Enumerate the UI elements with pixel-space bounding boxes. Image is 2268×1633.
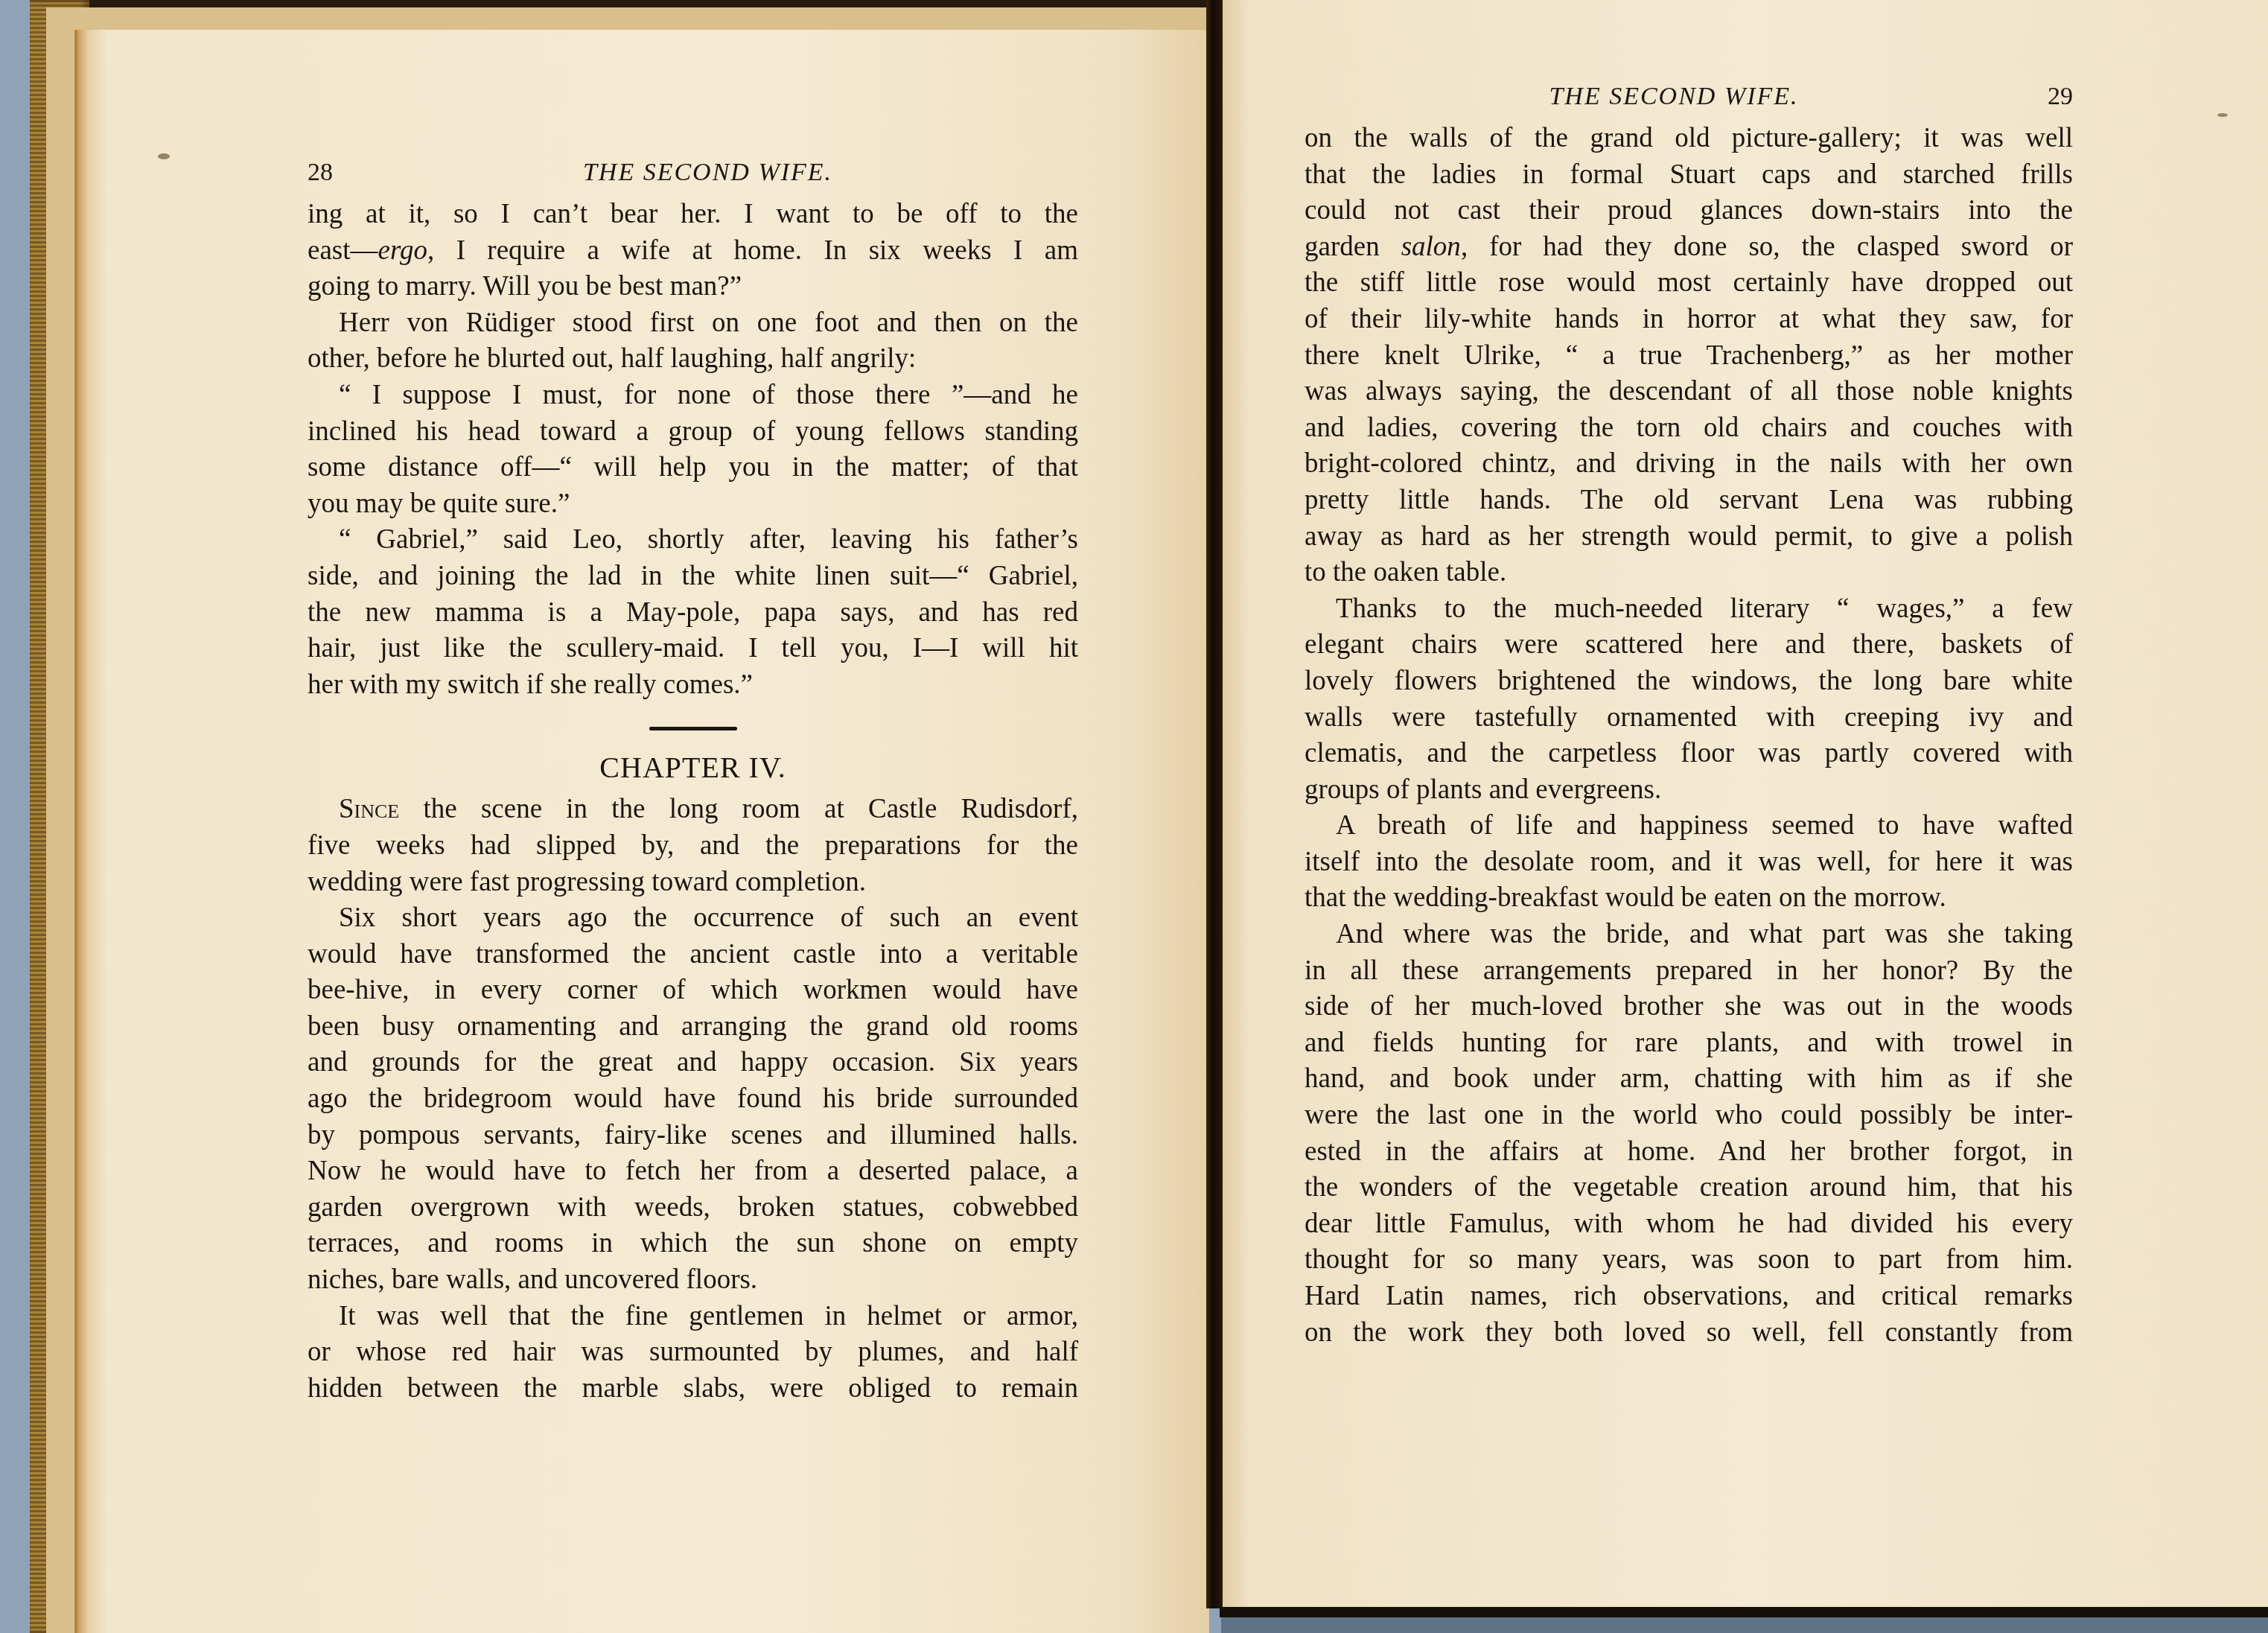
right-running-head: THE SECOND WIFE. 29: [1305, 79, 2073, 121]
text-line: Six short years ago the occurrence of su…: [308, 900, 1078, 937]
text-line: dear little Famulus, with whom he had di…: [1305, 1206, 2073, 1243]
text-line: on the walls of the grand old picture-ga…: [1305, 121, 2073, 157]
text-line: “ Gabriel,” said Leo, shortly after, lea…: [308, 522, 1078, 558]
section-rule: [649, 727, 737, 730]
text-line: bee-hive, in every corner of which workm…: [308, 973, 1078, 1009]
text-line: her with my switch if she really comes.”: [308, 667, 1078, 704]
italic-word: salon: [1401, 232, 1461, 262]
text-line: thought for so many years, was soon to p…: [1305, 1242, 2073, 1279]
chapter-opening-word: Since: [339, 794, 423, 824]
text-line: Now he would have to fetch her from a de…: [308, 1153, 1078, 1190]
text-line: on the work they both loved so well, fel…: [1305, 1315, 2073, 1352]
text-line: the new mamma is a May-pole, papa says, …: [308, 595, 1078, 631]
italic-word: ergo: [378, 235, 427, 266]
text-line: Thanks to the much-needed literary “ wag…: [1305, 591, 2073, 628]
bottom-shadow: [1220, 1607, 2268, 1617]
text-line: ago the bridegroom would have found his …: [308, 1081, 1078, 1118]
text-line: the stiff little rose would most certain…: [1305, 265, 2073, 302]
left-body-before-chapter: ing at it, so I can’t bear her. I want t…: [308, 197, 1078, 703]
text-line: the wonders of the vegetable creation ar…: [1305, 1170, 2073, 1206]
text-line: hand, and book under arm, chatting with …: [1305, 1061, 2073, 1098]
text-line: that the ladies in formal Stuart caps an…: [1305, 157, 2073, 194]
text-line: inclined his head toward a group of youn…: [308, 414, 1078, 451]
right-body: on the walls of the grand old picture-ga…: [1305, 121, 2073, 1351]
text-line: lovely flowers brightened the windows, t…: [1305, 663, 2073, 700]
text-line: ested in the affairs at home. And her br…: [1305, 1134, 2073, 1171]
right-page-text: THE SECOND WIFE. 29 on the walls of the …: [1305, 119, 2073, 1351]
running-head-title: THE SECOND WIFE.: [308, 155, 1078, 191]
text-line: A breath of life and happiness seemed to…: [1305, 808, 2073, 844]
text-line: you may be quite sure.”: [308, 486, 1078, 523]
text-line: pretty little hands. The old servant Len…: [1305, 483, 2073, 519]
page-number: 29: [2048, 79, 2073, 115]
stain-speck: [158, 153, 170, 159]
text-line: that the wedding-breakfast would be eate…: [1305, 880, 2073, 917]
text-line: hair, just like the scullery-maid. I tel…: [308, 631, 1078, 667]
text-line: clematis, and the carpetless floor was p…: [1305, 736, 2073, 772]
text-line: some distance off—“ will help you in the…: [308, 450, 1078, 486]
text-line: garden salon, for had they done so, the …: [1305, 229, 2073, 266]
text-line: and fields hunting for rare plants, and …: [1305, 1025, 2073, 1062]
text-line: east—ergo, I require a wife at home. In …: [308, 233, 1078, 270]
left-page-text: 28 THE SECOND WIFE. ing at it, so I can’…: [308, 155, 1078, 1407]
text-line: could not cast their proud glances down-…: [1305, 193, 2073, 229]
text-line: and ladies, covering the torn old chairs…: [1305, 410, 2073, 447]
running-head-title: THE SECOND WIFE.: [1305, 79, 2073, 115]
left-body-after-chapter: Since the scene in the long room at Cast…: [308, 792, 1078, 1407]
gutter: [1206, 0, 1223, 1608]
text-line: other, before he blurted out, half laugh…: [308, 341, 1078, 378]
text-line: there knelt Ulrike, “ a true Trachenberg…: [1305, 338, 2073, 375]
text-line: in all these arrangements prepared in he…: [1305, 953, 2073, 990]
text-line: itself into the desolate room, and it wa…: [1305, 844, 2073, 881]
text-line: side of her much-loved brother she was o…: [1305, 989, 2073, 1025]
text-line: to the oaken table.: [1305, 555, 2073, 591]
text-line: Herr von Rüdiger stood first on one foot…: [308, 305, 1078, 342]
text-line: and grounds for the great and happy occa…: [308, 1045, 1078, 1081]
text-line: It was well that the fine gentlemen in h…: [308, 1299, 1078, 1335]
book-scan: 28 THE SECOND WIFE. ing at it, so I can’…: [0, 0, 2268, 1633]
stain-speck: [2217, 113, 2228, 117]
text-line: garden overgrown with weeds, broken stat…: [308, 1190, 1078, 1226]
text-line: or whose red hair was surmounted by plum…: [308, 1334, 1078, 1371]
text-line: five weeks had slipped by, and the prepa…: [308, 828, 1078, 865]
text-line: side, and joining the lad in the white l…: [308, 558, 1078, 595]
text-line: away as hard as her strength would permi…: [1305, 519, 2073, 556]
text-line: groups of plants and evergreens.: [1305, 772, 2073, 809]
text-line: wedding were fast progressing toward com…: [308, 865, 1078, 901]
text-line: going to marry. Will you be best man?”: [308, 269, 1078, 305]
text-line: would have transformed the ancient castl…: [308, 937, 1078, 973]
text-line: bright-colored chintz, and driving in th…: [1305, 446, 2073, 483]
text-line: And where was the bride, and what part w…: [1305, 917, 2073, 953]
text-line: niches, bare walls, and uncovered floors…: [308, 1262, 1078, 1299]
text-line: of their lily-white hands in horror at w…: [1305, 302, 2073, 338]
text-line: “ I suppose I must, for none of those th…: [308, 378, 1078, 414]
text-line: terraces, and rooms in which the sun sho…: [308, 1226, 1078, 1262]
left-running-head: 28 THE SECOND WIFE.: [308, 155, 1078, 197]
text-line: were the last one in the world who could…: [1305, 1098, 2073, 1134]
text-line: hidden between the marble slabs, were ob…: [308, 1371, 1078, 1407]
scanner-background: [1221, 1617, 2268, 1633]
text-line: elegant chairs were scattered here and t…: [1305, 627, 2073, 663]
text-line: Since the scene in the long room at Cast…: [308, 792, 1078, 828]
text-line: was always saying, the descendant of all…: [1305, 374, 2073, 410]
text-line: ing at it, so I can’t bear her. I want t…: [308, 197, 1078, 233]
chapter-heading: CHAPTER IV.: [308, 745, 1078, 792]
text-line: Hard Latin names, rich observations, and…: [1305, 1279, 2073, 1315]
text-line: walls were tastefully ornamented with cr…: [1305, 700, 2073, 736]
text-line: been busy ornamenting and arranging the …: [308, 1009, 1078, 1045]
text-line: by pompous servants, fairy-like scenes a…: [308, 1118, 1078, 1154]
